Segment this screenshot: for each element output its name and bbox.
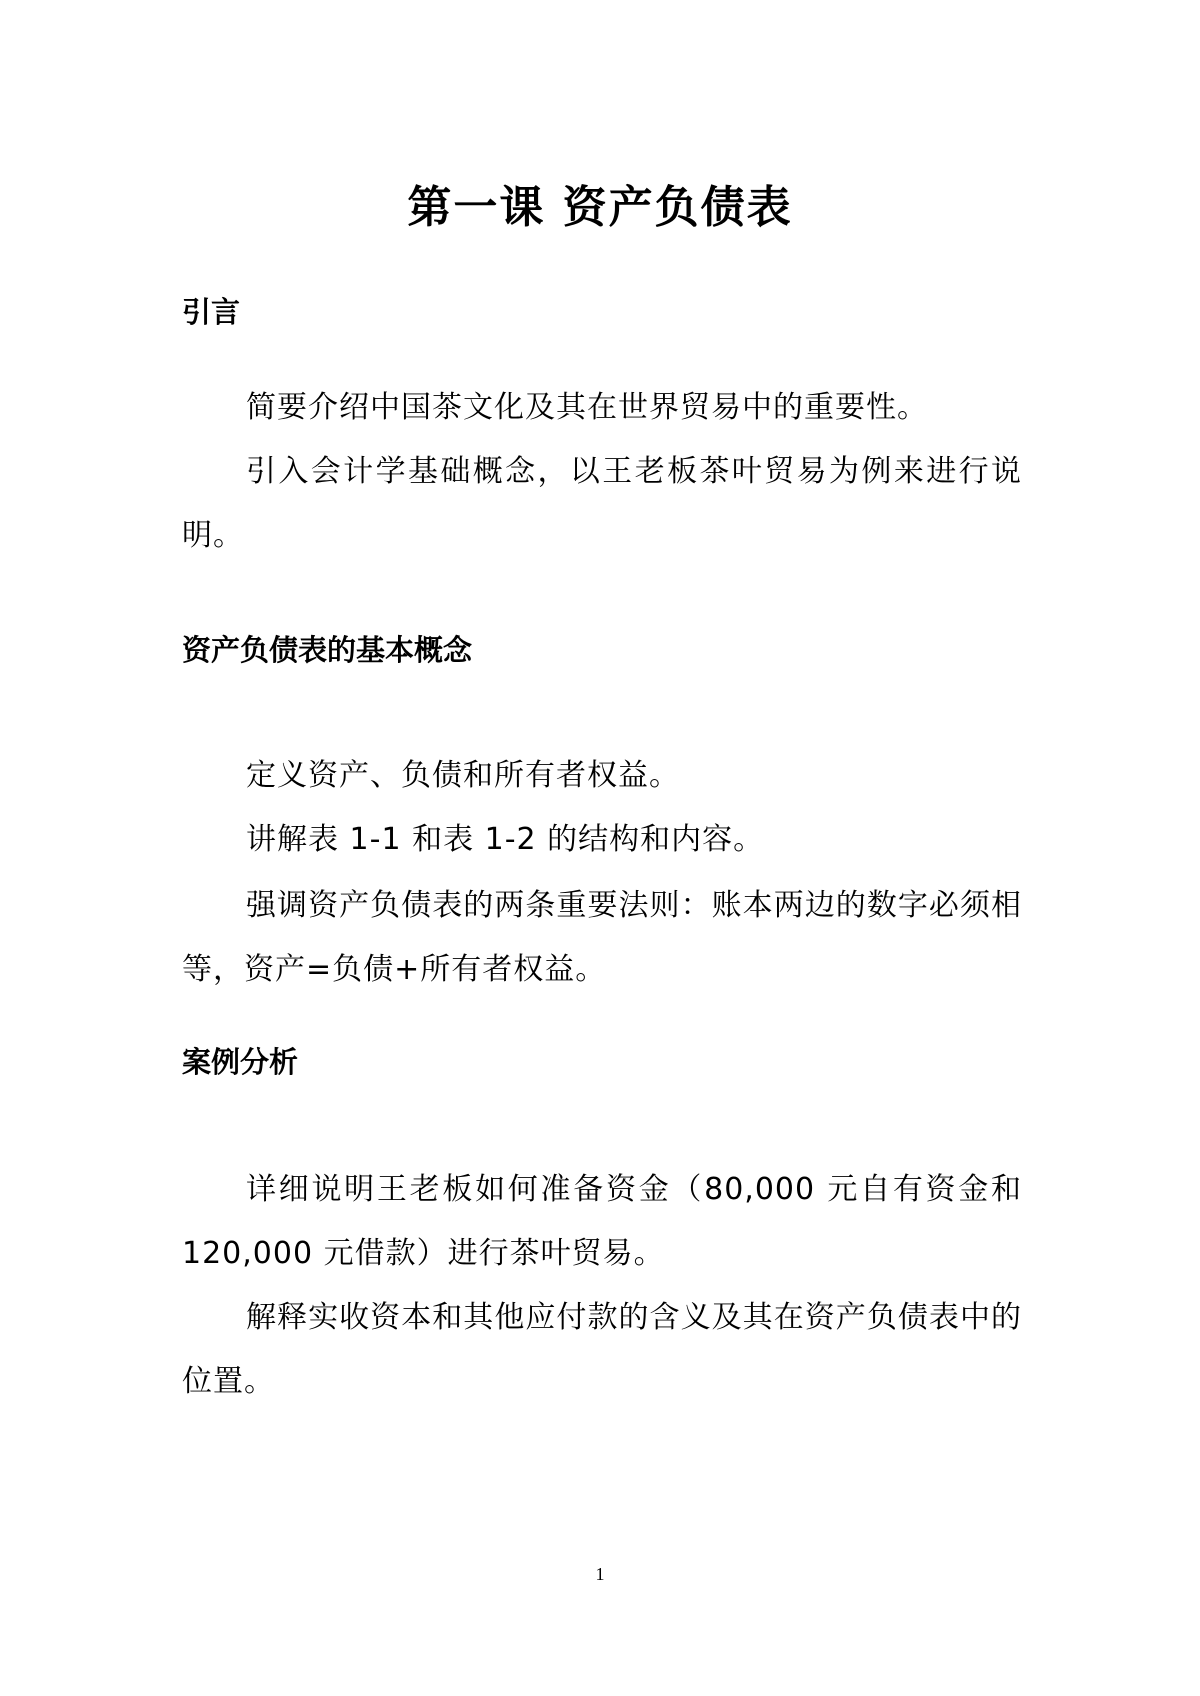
paragraph: 讲解表 1-1 和表 1-2 的结构和内容。 — [182, 808, 1022, 872]
section-heading-case-analysis: 案例分析 — [182, 1042, 298, 1082]
paragraph: 简要介绍中国茶文化及其在世界贸易中的重要性。 — [182, 376, 1022, 440]
paragraph: 解释实收资本和其他应付款的含义及其在资产负债表中的位置。 — [182, 1286, 1022, 1414]
page-number: 1 — [0, 1562, 1200, 1586]
paragraph: 引入会计学基础概念，以王老板茶叶贸易为例来进行说明。 — [182, 440, 1022, 568]
section-heading-basic-concepts: 资产负债表的基本概念 — [182, 630, 472, 670]
page-title: 第一课 资产负债表 — [0, 180, 1200, 236]
paragraph: 定义资产、负债和所有者权益。 — [182, 744, 1022, 808]
section-heading-introduction: 引言 — [182, 292, 240, 332]
paragraph: 强调资产负债表的两条重要法则：账本两边的数字必须相等，资产=负债+所有者权益。 — [182, 874, 1022, 1002]
document-page: 第一课 资产负债表 引言 简要介绍中国茶文化及其在世界贸易中的重要性。 引入会计… — [0, 0, 1200, 1696]
paragraph: 详细说明王老板如何准备资金（80,000 元自有资金和 120,000 元借款）… — [182, 1158, 1022, 1286]
